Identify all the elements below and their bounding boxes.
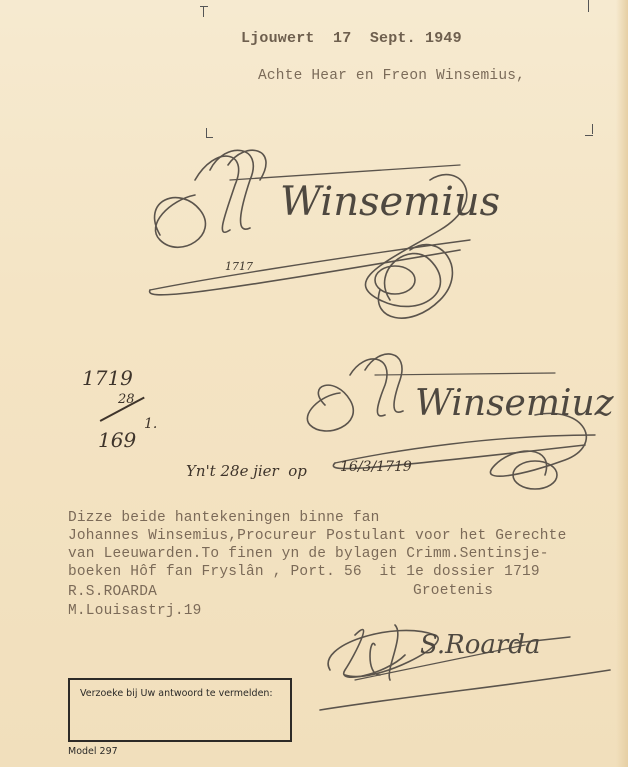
- reply-reference-box: Verzoeke bij Uw antwoord te vermelden:: [68, 678, 292, 742]
- svg-text:1717: 1717: [225, 260, 253, 273]
- body-line: Dizze beide hantekeningen binne fan: [68, 510, 380, 526]
- signature-winsemius-1: Winsemius 1717: [140, 140, 490, 340]
- signature-roarda: S.Roarda: [315, 615, 625, 715]
- handwritten-note: Yn't 28e jier op: [186, 462, 307, 480]
- body-line: Johannes Winsemius,Procureur Postulant v…: [68, 528, 566, 544]
- fraction-top: 1719: [82, 366, 133, 390]
- handwritten-note-date: 16/3/1719: [340, 459, 412, 475]
- svg-text:Winsemius: Winsemius: [280, 179, 500, 225]
- closing-greeting: Groetenis: [413, 583, 493, 599]
- form-model-number: Model 297: [68, 746, 118, 757]
- svg-text:S.Roarda: S.Roarda: [420, 630, 540, 660]
- svg-text:Winsemiuz: Winsemiuz: [415, 383, 615, 424]
- fraction-bottom: 169: [98, 428, 136, 452]
- signature-winsemius-2: Winsemiuz: [295, 345, 605, 500]
- sender-address: M.Louisastrj.19: [68, 603, 202, 619]
- fraction-suffix: 1.: [144, 416, 157, 432]
- reply-box-label: Verzoeke bij Uw antwoord te vermelden:: [80, 688, 273, 699]
- body-line: van Leeuwarden.To finen yn de bylagen Cr…: [68, 546, 549, 562]
- body-line: boeken Hôf fan Fryslân , Port. 56 it 1e …: [68, 564, 540, 580]
- salutation: Achte Hear en Freon Winsemius,: [258, 68, 525, 84]
- place-date: Ljouwert 17 Sept. 1949: [241, 30, 462, 47]
- sender-name: R.S.ROARDA: [68, 584, 157, 600]
